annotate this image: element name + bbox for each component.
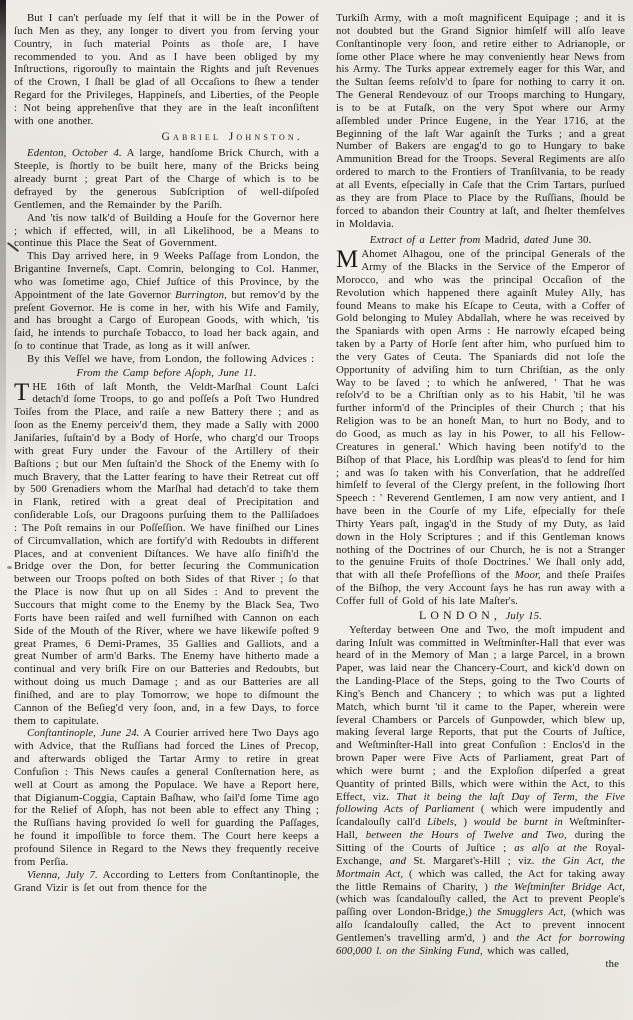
text-run: dated [520,234,553,246]
small-ink-dot [7,566,12,569]
heading: Extract of a Letter from Madrid, dated J… [336,234,625,247]
text-run: A Courier arrived here Two Days ago with… [14,727,319,867]
text-run: LONDON, [419,608,501,622]
text-run: From the Camp before Aſoph, June 11. [77,367,257,379]
paragraph: But I can't perſuade my ſelf that it wil… [14,12,319,128]
paragraph: THE 16th of laſt Month, the Veldt-Marſha… [14,381,319,728]
text-run: HE 16th of laſt Month, the Veldt-Marſhal… [14,381,319,727]
text-run: the Weſtminſter Bridge Act, [494,881,625,893]
paragraph: MAhomet Alhagou, one of the principal Ge… [336,248,625,608]
text-run: Ahomet Alhagou, one of the principal Gen… [336,248,625,581]
signature: Gabriel Johnston. [14,131,319,144]
text-run: between the Hours of Twelve and Two, [366,829,567,841]
newspaper-page: But I can't perſuade my ſelf that it wil… [0,0,633,1020]
text-run: But I can't perſuade my ſelf that it wil… [14,12,319,127]
text-run: Turkiſh Army, with a moſt magnificent Eq… [336,12,625,230]
dropcap-letter: T [14,381,32,403]
text-run: would be burnt in [474,816,563,828]
text-run: By this Veſſel we have, from London, the… [27,353,314,365]
text-run: the [606,958,620,970]
paragraph: Turkiſh Army, with a moſt magnificent Eq… [336,12,625,230]
right-column: Turkiſh Army, with a moſt magnificent Eq… [336,12,625,1020]
text-run: as alſo at the [514,842,587,854]
text-run: Burrington, [175,289,227,301]
paragraph: Yeſterday between One and Two, the moſt … [336,624,625,958]
text-run: and [390,855,407,867]
paragraph: This Day arrived here, in 9 Weeks Paſſag… [14,250,319,353]
text-run: which was called, [483,945,569,957]
paragraph: Edenton, October 4. A large, handſome Br… [14,147,319,211]
text-run: Yeſterday between One and Two, the moſt … [336,624,625,803]
text-run: Gabriel Johnston. [161,130,303,143]
text-run: Conſtantinople, June 24. [27,727,140,739]
text-run: July 15. [501,610,542,622]
text-run: Madrid, [485,234,520,246]
dropcap-letter: M [336,248,361,270]
paragraph: By this Veſſel we have, from London, the… [14,353,319,366]
text-run: ) [457,816,474,828]
paragraph: Vienna, July 7. According to Letters fro… [14,869,319,895]
text-run: Vienna, July 7. [27,869,98,881]
catchword: the [336,958,625,971]
paragraph: Conſtantinople, June 24. A Courier arriv… [14,727,319,868]
text-run: Edenton, October 4. [27,147,122,159]
text-run: St. Margaret's-Hill ; viz. [406,855,542,867]
left-edge-shadow [0,0,6,510]
text-run: And 'tis now talk'd of Building a Houſe … [14,212,319,250]
text-run: Libels, [427,816,457,828]
text-run: Moor, [515,569,541,581]
text-run: Extract of a Letter from [370,234,485,246]
text-run: the Smugglers Act, [478,906,567,918]
left-column: But I can't perſuade my ſelf that it wil… [14,12,319,1020]
paragraph: And 'tis now talk'd of Building a Houſe … [14,212,319,251]
heading: LONDON, July 15. [336,609,625,623]
heading: From the Camp before Aſoph, June 11. [14,367,319,380]
text-run: June 30. [553,234,591,246]
